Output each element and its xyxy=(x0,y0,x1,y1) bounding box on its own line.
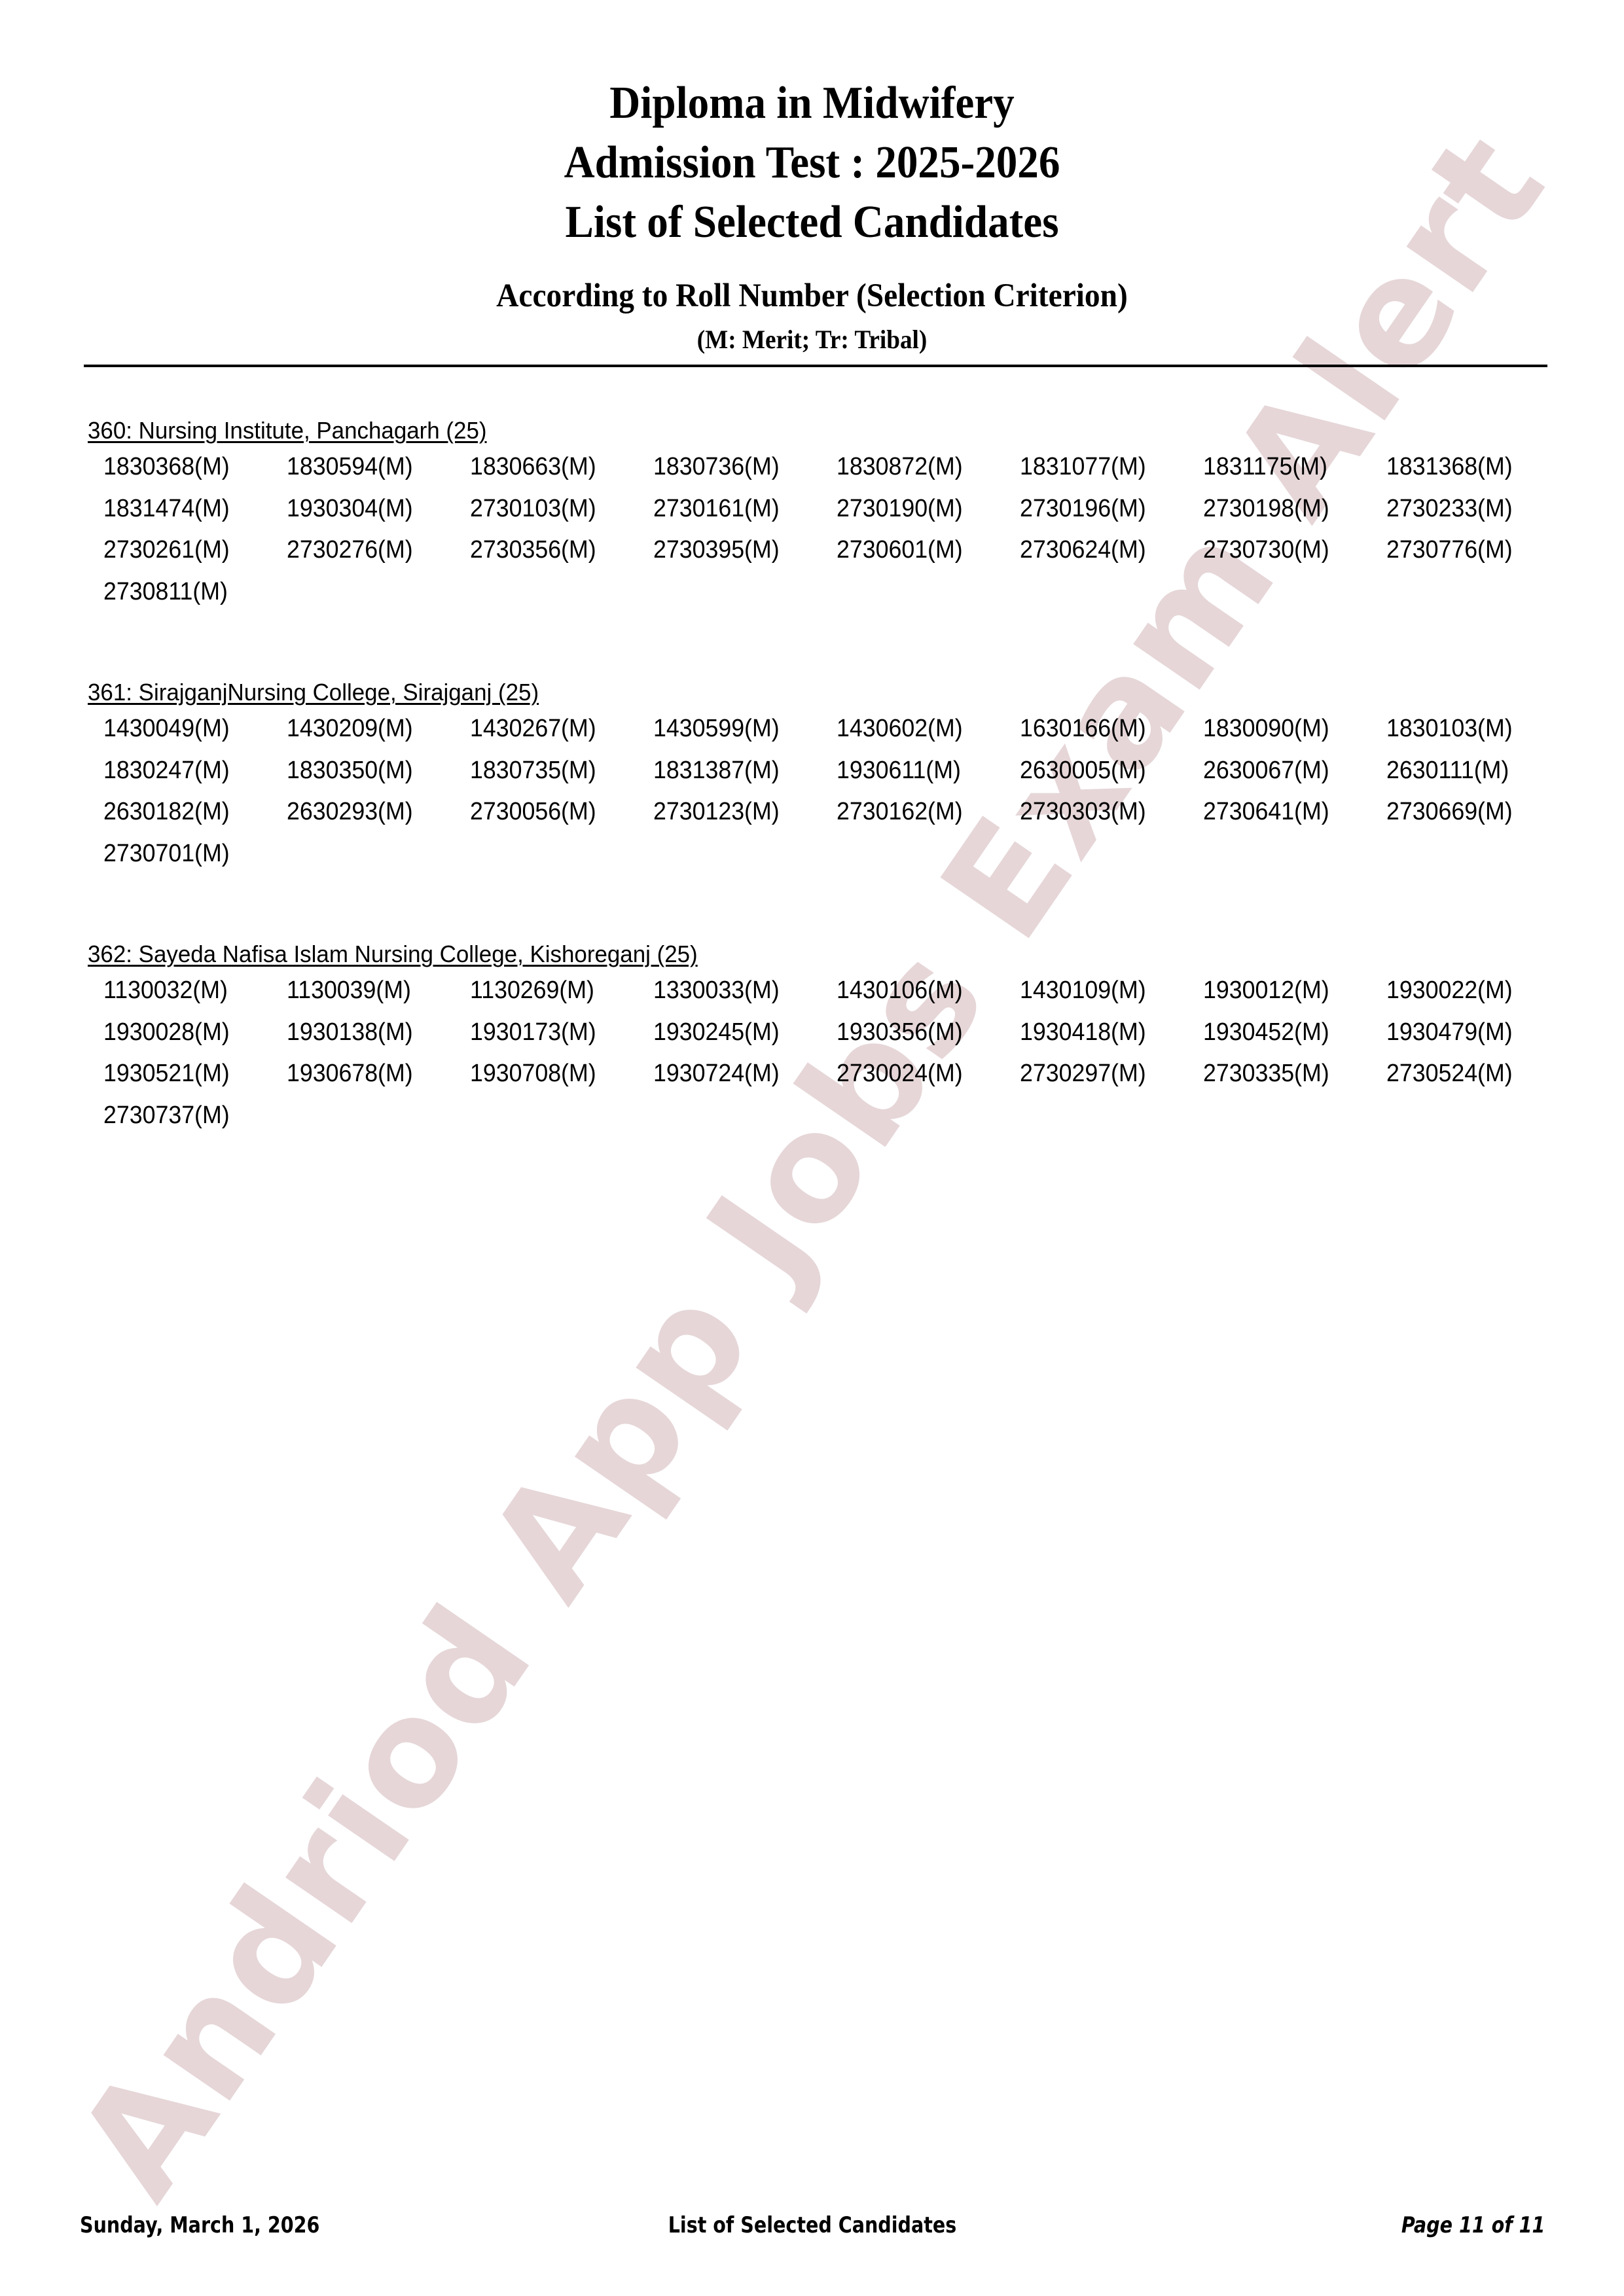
roll-number: 2730103(M) xyxy=(470,488,642,530)
roll-number: 1830872(M) xyxy=(837,446,1009,488)
roll-number: 1830735(M) xyxy=(470,750,642,792)
roll-number: 1930012(M) xyxy=(1203,970,1375,1012)
roll-number: 1830368(M) xyxy=(103,446,276,488)
roll-number: 1430599(M) xyxy=(653,708,825,750)
institute-section: 360: Nursing Institute, Panchagarh (25) … xyxy=(88,416,1554,613)
title-list: List of Selected Candidates xyxy=(57,192,1567,252)
institute-section: 361: SirajganjNursing College, Sirajganj… xyxy=(88,678,1554,874)
roll-number: 2730641(M) xyxy=(1203,791,1375,833)
roll-number: 1330033(M) xyxy=(653,970,825,1012)
roll-number: 1430049(M) xyxy=(103,708,276,750)
roll-number: 1930479(M) xyxy=(1386,1012,1559,1054)
roll-number: 1930724(M) xyxy=(653,1053,825,1095)
roll-number: 1830247(M) xyxy=(103,750,276,792)
roll-number: 2730356(M) xyxy=(470,529,642,571)
roll-number: 2730161(M) xyxy=(653,488,825,530)
roll-number: 2730297(M) xyxy=(1020,1053,1192,1095)
roll-number: 2630293(M) xyxy=(287,791,459,833)
roll-number: 1130269(M) xyxy=(470,970,642,1012)
roll-number: 2730056(M) xyxy=(470,791,642,833)
roll-number: 2730303(M) xyxy=(1020,791,1192,833)
roll-number: 1830090(M) xyxy=(1203,708,1375,750)
roll-number: 1930028(M) xyxy=(103,1012,276,1054)
roll-number: 1930521(M) xyxy=(103,1053,276,1095)
roll-number: 1930452(M) xyxy=(1203,1012,1375,1054)
roll-number: 1430267(M) xyxy=(470,708,642,750)
roll-number: 2730737(M) xyxy=(103,1095,276,1137)
institute-title: 361: SirajganjNursing College, Sirajganj… xyxy=(88,678,539,707)
roll-number: 1831387(M) xyxy=(653,750,825,792)
header-divider xyxy=(84,365,1547,367)
roll-number: 2730701(M) xyxy=(103,833,276,875)
roll-number: 1430106(M) xyxy=(837,970,1009,1012)
roll-grid: 1430049(M)1430209(M)1430267(M)1430599(M)… xyxy=(88,708,1554,874)
title-admission-test: Admission Test : 2025-2026 xyxy=(57,133,1567,192)
roll-number: 1930304(M) xyxy=(287,488,459,530)
roll-number: 2730811(M) xyxy=(103,571,276,613)
roll-number: 1930245(M) xyxy=(653,1012,825,1054)
title-program: Diploma in Midwifery xyxy=(57,73,1567,133)
roll-number: 1930418(M) xyxy=(1020,1012,1192,1054)
roll-number: 2730524(M) xyxy=(1386,1053,1559,1095)
roll-grid: 1130032(M)1130039(M)1130269(M)1330033(M)… xyxy=(88,970,1554,1136)
roll-number: 1831077(M) xyxy=(1020,446,1192,488)
roll-number: 2630005(M) xyxy=(1020,750,1192,792)
subtitle: According to Roll Number (Selection Crit… xyxy=(57,274,1567,317)
legend: (M: Merit; Tr: Tribal) xyxy=(57,321,1567,358)
roll-number: 2730395(M) xyxy=(653,529,825,571)
roll-number: 2730123(M) xyxy=(653,791,825,833)
roll-number: 2730196(M) xyxy=(1020,488,1192,530)
roll-number: 1930611(M) xyxy=(837,750,1009,792)
roll-number: 1930138(M) xyxy=(287,1012,459,1054)
roll-number: 1831175(M) xyxy=(1203,446,1375,488)
roll-number: 1830103(M) xyxy=(1386,708,1559,750)
roll-number: 2630067(M) xyxy=(1203,750,1375,792)
roll-number: 1930678(M) xyxy=(287,1053,459,1095)
roll-number: 2630111(M) xyxy=(1386,750,1559,792)
roll-number: 1831474(M) xyxy=(103,488,276,530)
document-page: Andriod App Jobs Exam Alert Diploma in M… xyxy=(0,0,1624,2296)
roll-number: 1430109(M) xyxy=(1020,970,1192,1012)
page-footer: Sunday, March 1, 2026 List of Selected C… xyxy=(80,2207,1545,2244)
roll-number: 1830350(M) xyxy=(287,750,459,792)
roll-number: 2730198(M) xyxy=(1203,488,1375,530)
document-header: Diploma in Midwifery Admission Test : 20… xyxy=(0,73,1624,358)
roll-number: 1831368(M) xyxy=(1386,446,1559,488)
roll-number: 2730261(M) xyxy=(103,529,276,571)
roll-number: 2730276(M) xyxy=(287,529,459,571)
roll-number: 2730669(M) xyxy=(1386,791,1559,833)
roll-number: 2730335(M) xyxy=(1203,1053,1375,1095)
roll-number: 1830663(M) xyxy=(470,446,642,488)
roll-number: 1930173(M) xyxy=(470,1012,642,1054)
roll-number: 1930356(M) xyxy=(837,1012,1009,1054)
roll-number: 1130032(M) xyxy=(103,970,276,1012)
roll-number: 2730024(M) xyxy=(837,1053,1009,1095)
roll-number: 2730601(M) xyxy=(837,529,1009,571)
footer-title: List of Selected Candidates xyxy=(668,2207,957,2244)
roll-number: 1830736(M) xyxy=(653,446,825,488)
roll-number: 1830594(M) xyxy=(287,446,459,488)
institute-title: 360: Nursing Institute, Panchagarh (25) xyxy=(88,416,487,445)
roll-number: 2730776(M) xyxy=(1386,529,1559,571)
roll-number: 2630182(M) xyxy=(103,791,276,833)
roll-number: 1130039(M) xyxy=(287,970,459,1012)
footer-date: Sunday, March 1, 2026 xyxy=(80,2207,319,2244)
roll-grid: 1830368(M)1830594(M)1830663(M)1830736(M)… xyxy=(88,446,1554,613)
roll-number: 1430602(M) xyxy=(837,708,1009,750)
roll-number: 1930022(M) xyxy=(1386,970,1559,1012)
page-number: Page 11 of 11 xyxy=(1401,2207,1545,2244)
roll-number: 2730624(M) xyxy=(1020,529,1192,571)
institute-section: 362: Sayeda Nafisa Islam Nursing College… xyxy=(88,940,1554,1136)
roll-number: 2730190(M) xyxy=(837,488,1009,530)
roll-number: 2730162(M) xyxy=(837,791,1009,833)
roll-number: 2730730(M) xyxy=(1203,529,1375,571)
roll-number: 1430209(M) xyxy=(287,708,459,750)
roll-number: 1630166(M) xyxy=(1020,708,1192,750)
roll-number: 1930708(M) xyxy=(470,1053,642,1095)
institute-title: 362: Sayeda Nafisa Islam Nursing College… xyxy=(88,940,698,969)
institute-list: 360: Nursing Institute, Panchagarh (25) … xyxy=(88,416,1554,1202)
roll-number: 2730233(M) xyxy=(1386,488,1559,530)
